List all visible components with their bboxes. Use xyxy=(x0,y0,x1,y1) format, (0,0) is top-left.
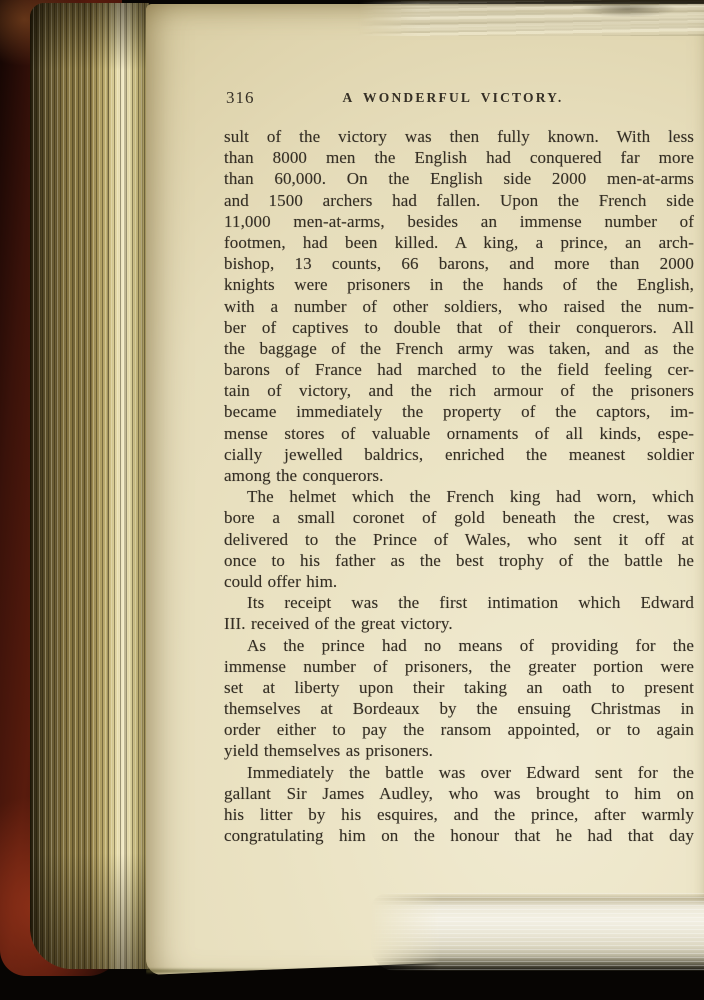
text-line: set at liberty upon their taking an oath… xyxy=(224,677,694,698)
text-line: could offer him. xyxy=(224,571,694,592)
page-bottom-edges xyxy=(370,893,704,971)
scanned-book-photo: 316 A WONDERFUL VICTORY. sult of the vic… xyxy=(0,0,704,1000)
text-line: than 8000 men the English had conquered … xyxy=(224,147,694,168)
text-line: 11,000 men-at-arms, besides an immense n… xyxy=(224,211,694,232)
text-lines: sult of the victory was then fully known… xyxy=(224,126,694,846)
text-line: As the prince had no means of providing … xyxy=(224,635,694,656)
page-header: 316 A WONDERFUL VICTORY. xyxy=(224,88,694,106)
text-line: with a number of other soldiers, who rai… xyxy=(224,296,694,317)
text-line: cially jewelled baldrics, enriched the m… xyxy=(224,444,694,465)
text-line: yield themselves as prisoners. xyxy=(224,740,694,761)
text-line: The helmet which the French king had wor… xyxy=(224,486,694,507)
page-text: 316 A WONDERFUL VICTORY. sult of the vic… xyxy=(224,88,694,846)
text-line: and 1500 archers had fallen. Upon the Fr… xyxy=(224,190,694,211)
text-line: among the conquerors. xyxy=(224,465,694,486)
text-line: Immediately the battle was over Edward s… xyxy=(224,762,694,783)
text-line: than 60,000. On the English side 2000 me… xyxy=(224,168,694,189)
page-stack-fore-edge xyxy=(30,3,149,969)
text-line: Its receipt was the first intimation whi… xyxy=(224,592,694,613)
text-line: gallant Sir James Audley, who was brough… xyxy=(224,783,694,804)
text-line: delivered to the Prince of Wales, who se… xyxy=(224,529,694,550)
text-line: tain of victory, and the rich armour of … xyxy=(224,380,694,401)
text-line: became immediately the property of the c… xyxy=(224,401,694,422)
text-line: congratulating him on the honour that he… xyxy=(224,825,694,846)
text-line: mense stores of valuable ornaments of al… xyxy=(224,423,694,444)
text-line: themselves at Bordeaux by the ensuing Ch… xyxy=(224,698,694,719)
text-line: III. received of the great victory. xyxy=(224,613,694,634)
text-line: immense number of prisoners, the greater… xyxy=(224,656,694,677)
text-line: bishop, 13 counts, 66 barons, and more t… xyxy=(224,253,694,274)
page-top-edges xyxy=(358,0,704,36)
text-line: barons of France had marched to the fiel… xyxy=(224,359,694,380)
running-head: A WONDERFUL VICTORY. xyxy=(224,90,682,106)
text-line: knights were prisoners in the hands of t… xyxy=(224,274,694,295)
text-line: order either to pay the ransom appointed… xyxy=(224,719,694,740)
text-line: his litter by his esquires, and the prin… xyxy=(224,804,694,825)
text-line: once to his father as the best trophy of… xyxy=(224,550,694,571)
text-line: ber of captives to double that of their … xyxy=(224,317,694,338)
text-line: bore a small coronet of gold beneath the… xyxy=(224,507,694,528)
text-line: sult of the victory was then fully known… xyxy=(224,126,694,147)
text-line: the baggage of the French army was taken… xyxy=(224,338,694,359)
text-line: footmen, had been killed. A king, a prin… xyxy=(224,232,694,253)
